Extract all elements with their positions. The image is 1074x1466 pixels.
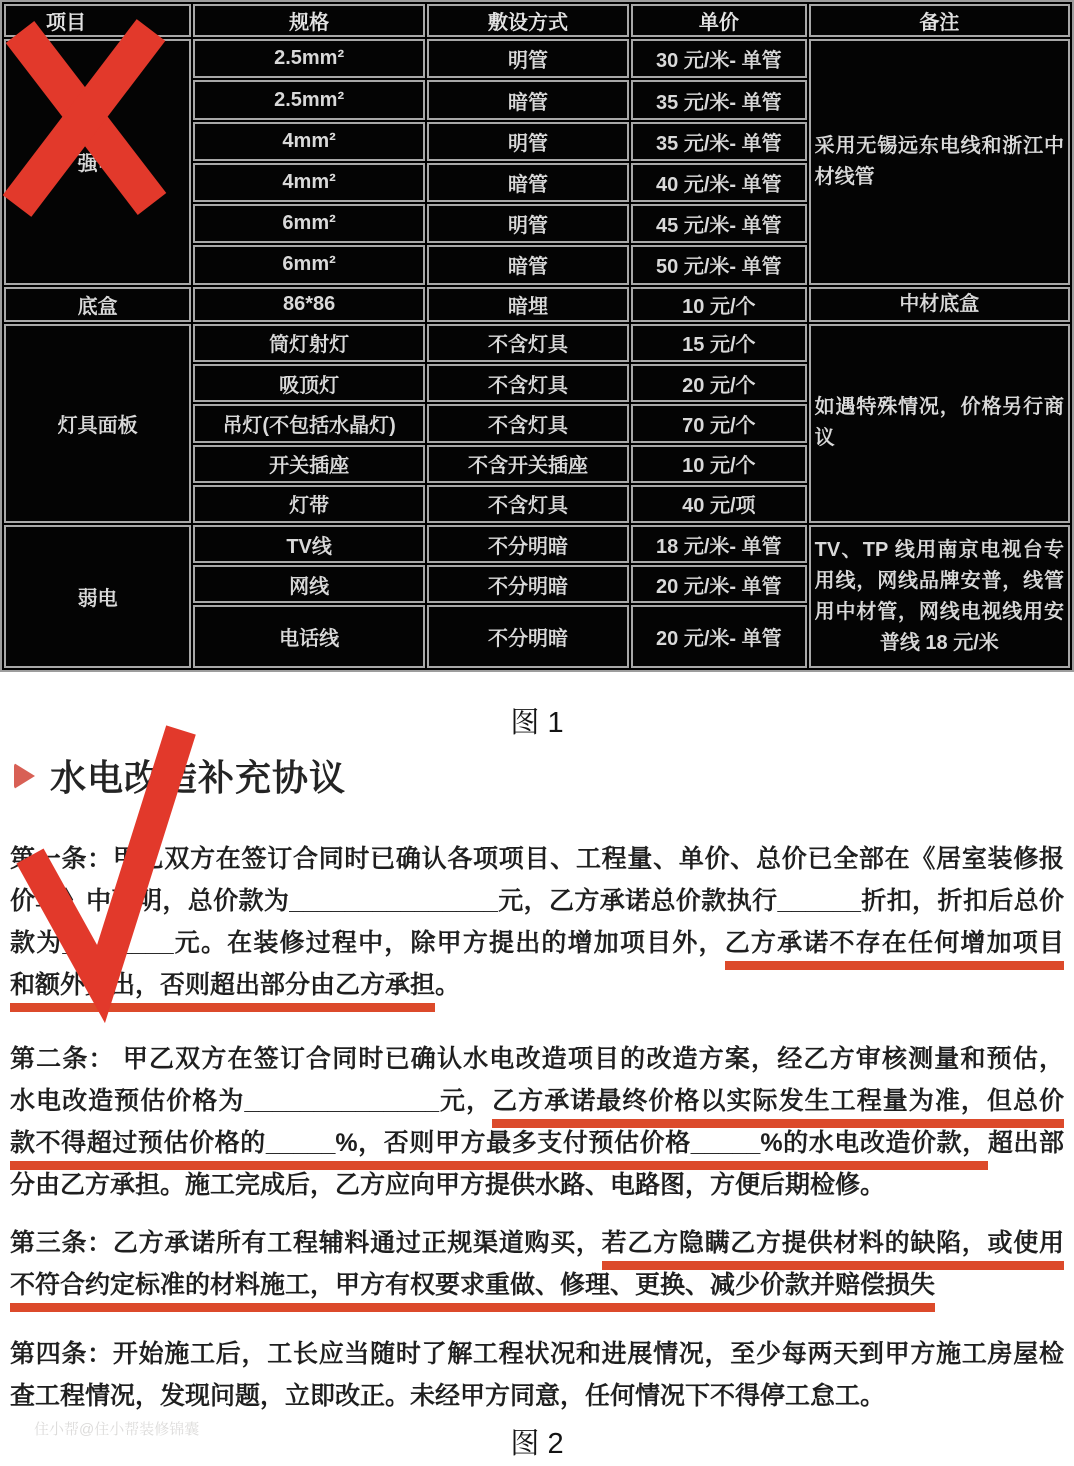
spec-cell: 开关插座	[193, 445, 425, 483]
spec-cell: 吸顶灯	[193, 364, 425, 402]
method-cell: 不分明暗	[427, 525, 629, 563]
method-cell: 明管	[427, 39, 629, 78]
method-cell: 暗埋	[427, 287, 629, 322]
clause-2: 第二条： 甲乙双方在签订合同时已确认水电改造项目的改造方案，经乙方审核测量和预估…	[10, 1038, 1064, 1206]
spec-cell: 吊灯(不包括水晶灯)	[193, 404, 425, 442]
text-segment: 第三条：乙方承诺所有工程辅料通过正规渠道购买，	[10, 1229, 602, 1257]
note-cell: 如遇特殊情况，价格另行商议	[809, 324, 1070, 523]
spec-cell: 2.5mm²	[193, 39, 425, 78]
price-cell: 10 元/个	[631, 287, 807, 322]
table-row: 强电 2.5mm² 明管 30 元/米- 单管 采用无锡远东电线和浙江中材线管	[4, 39, 1070, 78]
header-project: 项目	[4, 4, 191, 37]
price-cell: 20 元/米- 单管	[631, 605, 807, 668]
note-cell: 中材底盒	[809, 287, 1070, 322]
table-row: 灯具面板 筒灯射灯 不含灯具 15 元/个 如遇特殊情况，价格另行商议	[4, 324, 1070, 362]
text-segment: 第四条：开始施工后，工长应当随时了解工程状况和进展情况，至少每两天到甲方施工房屋…	[10, 1340, 1064, 1368]
price-cell: 40 元/米- 单管	[631, 163, 807, 202]
figure-2-caption: 图 2	[0, 1421, 1074, 1462]
header-price: 单价	[631, 4, 807, 37]
agreement-title-row: 水电改造补充协议	[14, 750, 346, 801]
spec-cell: 4mm²	[193, 122, 425, 161]
price-table: 项目 规格 敷设方式 单价 备注 强电 2.5mm² 明管 30 元/米- 单管…	[0, 0, 1074, 672]
price-cell: 70 元/个	[631, 404, 807, 442]
underlined-text: 和额外支出，否则超出部分由乙方承担	[10, 971, 435, 1012]
clause-1: 第一条：甲乙双方在签订合同时已确认各项项目、工程量、单价、总价已全部在《居室装修…	[10, 838, 1064, 1006]
table-row: 底盒 86*86 暗埋 10 元/个 中材底盒	[4, 287, 1070, 322]
price-cell: 35 元/米- 单管	[631, 122, 807, 161]
spec-cell: 6mm²	[193, 245, 425, 284]
method-cell: 暗管	[427, 163, 629, 202]
agreement-title: 水电改造补充协议	[50, 750, 346, 801]
price-cell: 40 元/项	[631, 485, 807, 523]
text-segment: 价单》中列明，总价款为_______________元，乙方承诺总价款执行___…	[10, 887, 1064, 915]
clause-3: 第三条：乙方承诺所有工程辅料通过正规渠道购买，若乙方隐瞒乙方提供材料的缺陷，或使…	[10, 1222, 1064, 1306]
underlined-text: 乙方承诺不存在任何增加项目	[725, 929, 1064, 970]
price-cell: 20 元/个	[631, 364, 807, 402]
method-cell: 不含灯具	[427, 364, 629, 402]
page: 项目 规格 敷设方式 单价 备注 强电 2.5mm² 明管 30 元/米- 单管…	[0, 0, 1074, 1466]
section-name-cell: 弱电	[4, 525, 191, 668]
text-segment: 超出部	[988, 1129, 1064, 1157]
spec-cell: TV线	[193, 525, 425, 563]
method-cell: 不含灯具	[427, 404, 629, 442]
method-cell: 不含开关插座	[427, 445, 629, 483]
section-name-cell: 强电	[4, 39, 191, 284]
price-cell: 18 元/米- 单管	[631, 525, 807, 563]
header-spec: 规格	[193, 4, 425, 37]
price-cell: 15 元/个	[631, 324, 807, 362]
note-cell: 采用无锡远东电线和浙江中材线管	[809, 39, 1070, 284]
underlined-text: 不符合约定标准的材料施工，甲方有权要求重做、修理、更换、减少价款并赔偿损失	[10, 1271, 935, 1312]
text-segment: 。	[435, 971, 460, 999]
header-method: 敷设方式	[427, 4, 629, 37]
table-header-row: 项目 规格 敷设方式 单价 备注	[4, 4, 1070, 37]
method-cell: 不含灯具	[427, 324, 629, 362]
price-cell: 35 元/米- 单管	[631, 80, 807, 119]
method-cell: 暗管	[427, 245, 629, 284]
method-cell: 明管	[427, 204, 629, 243]
text-segment: 第一条：甲乙双方在签订合同时已确认各项项目、工程量、单价、总价已全部在《居室装修…	[10, 845, 1064, 873]
method-cell: 不含灯具	[427, 485, 629, 523]
header-note: 备注	[809, 4, 1070, 37]
text-segment: 分由乙方承担。施工完成后，乙方应向甲方提供水路、电路图，方便后期检修。	[10, 1171, 885, 1199]
price-cell: 45 元/米- 单管	[631, 204, 807, 243]
table-row: 弱电 TV线 不分明暗 18 元/米- 单管 TV、TP 线用南京电视台专用线，…	[4, 525, 1070, 563]
text-segment: 查工程情况，发现问题，立即改正。未经甲方同意，任何情况下不得停工怠工。	[10, 1382, 885, 1410]
figure-1-caption: 图 1	[0, 700, 1074, 741]
spec-cell: 电话线	[193, 605, 425, 668]
spec-cell: 灯带	[193, 485, 425, 523]
price-cell: 20 元/米- 单管	[631, 565, 807, 603]
section-name-cell: 底盒	[4, 287, 191, 322]
text-segment: 款为________元。在装修过程中，除甲方提出的增加项目外，	[10, 929, 725, 957]
method-cell: 不分明暗	[427, 565, 629, 603]
price-cell: 10 元/个	[631, 445, 807, 483]
spec-cell: 6mm²	[193, 204, 425, 243]
text-segment: 水电改造预估价格为______________元，	[10, 1087, 492, 1115]
price-cell: 50 元/米- 单管	[631, 245, 807, 284]
price-cell: 30 元/米- 单管	[631, 39, 807, 78]
spec-cell: 筒灯射灯	[193, 324, 425, 362]
spec-cell: 2.5mm²	[193, 80, 425, 119]
spec-cell: 网线	[193, 565, 425, 603]
red-triangle-bullet-icon	[14, 763, 35, 789]
method-cell: 不分明暗	[427, 605, 629, 668]
spec-cell: 86*86	[193, 287, 425, 322]
clause-4: 第四条：开始施工后，工长应当随时了解工程状况和进展情况，至少每两天到甲方施工房屋…	[10, 1333, 1064, 1417]
method-cell: 明管	[427, 122, 629, 161]
method-cell: 暗管	[427, 80, 629, 119]
section-name-cell: 灯具面板	[4, 324, 191, 523]
text-segment: 第二条： 甲乙双方在签订合同时已确认水电改造项目的改造方案，经乙方审核测量和预估…	[10, 1045, 1064, 1073]
spec-cell: 4mm²	[193, 163, 425, 202]
note-cell: TV、TP 线用南京电视台专用线，网线品牌安普，线管用中材管，网线电视线用安普线…	[809, 525, 1070, 668]
